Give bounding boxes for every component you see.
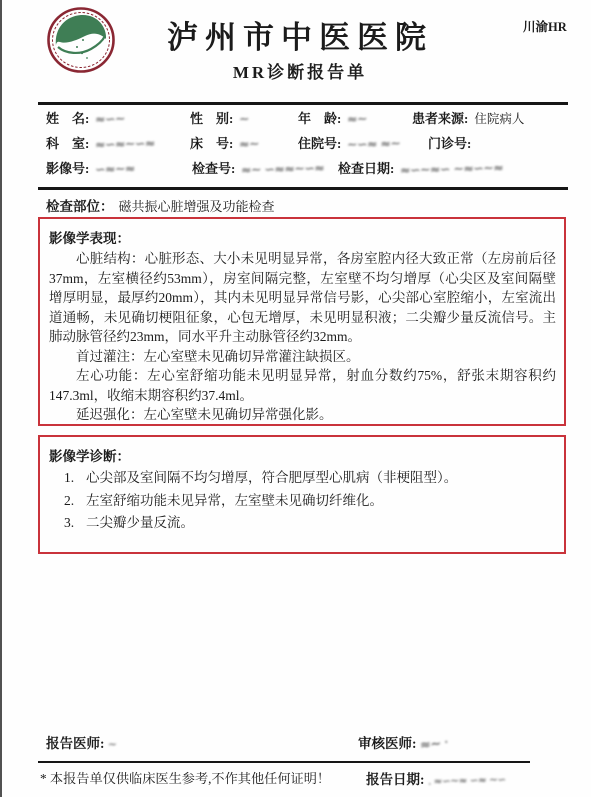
diagnosis-item-text: 左室舒缩功能未见异常，左室壁未见确切纤维化。: [86, 490, 383, 512]
report-date-label: 报告日期:: [366, 772, 425, 787]
field-name-label: 姓 名:: [46, 111, 89, 126]
diagnosis-item: 3.二尖瓣少量反流。: [64, 512, 556, 534]
field-age-value: ≈~: [347, 111, 367, 125]
hospital-logo-icon: [46, 6, 116, 74]
exam-site-row: 检查部位：磁共振心脏增强及功能检查: [46, 195, 275, 216]
findings-paragraph: 延迟强化：左心室壁未见确切异常强化影。: [49, 405, 556, 425]
corner-badge: 川渝HR: [523, 17, 567, 35]
field-name-value: ≈∽~: [95, 111, 125, 125]
review-doctor-label: 审核医师:: [358, 736, 417, 751]
report-date-value: . ≈∽~≈ ∽≈ ~∽: [428, 775, 506, 788]
diagnosis-item: 1.心尖部及室间隔不均匀增厚，符合肥厚型心肌病（非梗阻型）。: [64, 467, 556, 489]
mr-report-page: 泸州市中医医院 川渝HR MR诊断报告单 姓 名:≈∽~ 性 别:~ 年 龄:≈…: [0, 0, 591, 797]
field-image-no-value: ∽≈~≈: [95, 161, 135, 176]
field-gender: 性 别:~: [190, 108, 249, 127]
divider-footer: [38, 761, 530, 763]
diagnosis-item-number: 3.: [64, 512, 86, 534]
field-age: 年 龄:≈~: [298, 108, 367, 127]
divider-top: [38, 102, 568, 105]
exam-site-label: 检查部位：: [46, 199, 114, 214]
diagnosis-item-text: 心尖部及室间隔不均匀增厚，符合肥厚型心肌病（非梗阻型）。: [86, 467, 457, 489]
field-gender-label: 性 别:: [190, 111, 233, 126]
field-outpatient-no-label: 门诊号:: [428, 136, 471, 151]
findings-paragraph: 心脏结构：心脏形态、大小未见明显异常，各房室腔内径大致正常（左房前后径37mm，…: [49, 249, 556, 347]
findings-box: 影像学表现： 心脏结构：心脏形态、大小未见明显异常，各房室腔内径大致正常（左房前…: [38, 217, 566, 426]
field-bed-no: 床 号:≈~: [190, 133, 259, 152]
hospital-name: 泸州市中医医院: [133, 12, 467, 57]
field-gender-value: ~: [239, 112, 249, 126]
field-admission-no: 住院号:~∽≈ ≈~: [298, 133, 401, 152]
field-exam-date-value: ≈∽~≈∽ ~≈∽~≈: [400, 160, 504, 176]
divider-info-bottom: [38, 187, 568, 190]
field-age-label: 年 龄:: [298, 111, 341, 126]
field-patient-source-label: 患者来源:: [412, 111, 468, 126]
field-department-label: 科 室:: [46, 136, 89, 151]
diagnosis-item: 2.左室舒缩功能未见异常，左室壁未见确切纤维化。: [64, 490, 556, 512]
report-date-field: 报告日期: . ≈∽~≈ ∽≈ ~∽: [366, 768, 506, 788]
report-doctor-field: 报告医师: ~: [46, 732, 116, 752]
field-department-value: ≈∽≈~∽≈: [95, 136, 155, 151]
field-image-no: 影像号:∽≈~≈: [46, 158, 135, 177]
findings-title: 影像学表现：: [49, 227, 564, 247]
report-doctor-signature: ~: [108, 739, 117, 750]
field-patient-source: 患者来源:住院病人: [412, 108, 524, 127]
field-outpatient-no: 门诊号:: [428, 133, 477, 152]
field-exam-date: 检查日期:≈∽~≈∽ ~≈∽~≈: [338, 158, 504, 177]
field-exam-no-label: 检查号:: [192, 161, 235, 176]
diagnosis-item-number: 2.: [64, 490, 86, 512]
diagnosis-box: 影像学诊断： 1.心尖部及室间隔不均匀增厚，符合肥厚型心肌病（非梗阻型）。 2.…: [38, 435, 566, 554]
field-admission-no-label: 住院号:: [298, 136, 341, 151]
scan-edge-artifact: [0, 0, 2, 797]
report-title: MR诊断报告单: [133, 58, 467, 83]
findings-paragraph: 左心功能：左心室舒缩功能未见明显异常，射血分数约75%，舒张末期容积约147.3…: [49, 366, 556, 405]
field-exam-date-label: 检查日期:: [338, 161, 394, 176]
field-department: 科 室:≈∽≈~∽≈: [46, 133, 155, 152]
review-doctor-signature: ≈~ ·: [419, 736, 448, 754]
field-name: 姓 名:≈∽~: [46, 108, 125, 127]
report-doctor-label: 报告医师:: [46, 736, 105, 751]
review-doctor-field: 审核医师: ≈~ ·: [358, 732, 448, 752]
field-exam-no: 检查号:≈~ ∽≈≈~∽≈: [192, 158, 325, 177]
diagnosis-item-text: 二尖瓣少量反流。: [86, 512, 194, 534]
findings-paragraph: 首过灌注：左心室壁未见确切异常灌注缺损区。: [49, 347, 556, 367]
disclaimer-note: * 本报告单仅供临床医生参考,不作其他任何证明！: [40, 768, 330, 787]
field-patient-source-value: 住院病人: [474, 112, 524, 126]
diagnosis-title: 影像学诊断：: [49, 445, 564, 465]
field-image-no-label: 影像号:: [46, 161, 89, 176]
field-admission-no-value: ~∽≈ ≈~: [347, 136, 401, 151]
diagnosis-item-number: 1.: [64, 467, 86, 489]
field-exam-no-value: ≈~ ∽≈≈~∽≈: [241, 161, 325, 177]
exam-site-value: 磁共振心脏增强及功能检查: [119, 199, 275, 214]
field-bed-no-label: 床 号:: [190, 136, 233, 151]
field-bed-no-value: ≈~: [239, 136, 259, 150]
